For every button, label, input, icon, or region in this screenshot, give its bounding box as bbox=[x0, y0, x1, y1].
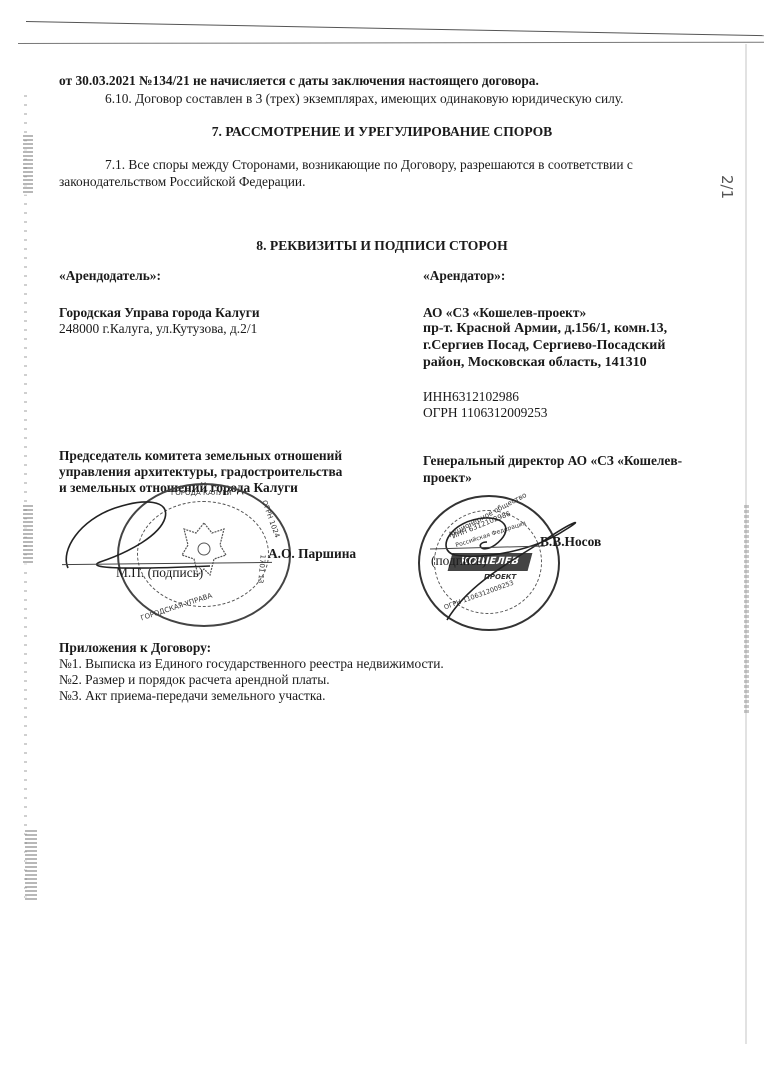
scan-edge-line bbox=[26, 21, 764, 36]
tenant-position-line: проект» bbox=[423, 470, 472, 486]
bleed-through-text bbox=[744, 505, 749, 715]
continuation-line: от 30.03.2021 №134/21 не начисляется с д… bbox=[59, 73, 539, 89]
seal-text: 1701 13 bbox=[256, 554, 266, 584]
landlord-position-line: Председатель комитета земельных отношени… bbox=[59, 448, 342, 464]
landlord-label: «Арендодатель»: bbox=[59, 268, 161, 284]
clause-7-1-line1: 7.1. Все споры между Сторонами, возникаю… bbox=[105, 157, 633, 173]
clause-7-1-line2: законодательством Российской Федерации. bbox=[59, 174, 305, 190]
scan-edge-line bbox=[18, 42, 764, 44]
landlord-address: 248000 г.Калуга, ул.Кутузова, д.2/1 bbox=[59, 321, 257, 337]
section-8-title: 8. РЕКВИЗИТЫ И ПОДПИСИ СТОРОН bbox=[0, 238, 764, 254]
appendix-item: №2. Размер и порядок расчета арендной пл… bbox=[59, 672, 330, 688]
tenant-signatory: В.В.Носов bbox=[540, 534, 601, 550]
clause-6-10: 6.10. Договор составлен в 3 (трех) экзем… bbox=[105, 91, 624, 107]
scan-artifact bbox=[23, 505, 33, 565]
scan-artifact bbox=[23, 135, 33, 195]
section-7-title: 7. РАССМОТРЕНИЕ И УРЕГУЛИРОВАНИЕ СПОРОВ bbox=[0, 124, 764, 140]
tenant-inn: ИНН6312102986 bbox=[423, 389, 519, 405]
tenant-label: «Арендатор»: bbox=[423, 268, 505, 284]
landlord-signatory: А.О. Паршина bbox=[268, 546, 356, 562]
appendix-item: №3. Акт приема-передачи земельного участ… bbox=[59, 688, 325, 704]
appendix-item: №1. Выписка из Единого государственного … bbox=[59, 656, 444, 672]
scan-edge-left bbox=[24, 95, 27, 905]
tenant-address-line: район, Московская область, 141310 bbox=[423, 355, 647, 371]
tenant-name: АО «СЗ «Кошелев-проект» bbox=[423, 305, 586, 321]
tenant-ogrn: ОГРН 1106312009253 bbox=[423, 405, 547, 421]
appendices-title: Приложения к Договору: bbox=[59, 640, 211, 656]
tenant-position-line: Генеральный директор АО «СЗ «Кошелев- bbox=[423, 453, 682, 469]
landlord-position-line: управления архитектуры, градостроительст… bbox=[59, 464, 342, 480]
landlord-signature-caption: М.П. (подпись) bbox=[116, 565, 203, 581]
landlord-name: Городская Управа города Калуги bbox=[59, 305, 260, 321]
scan-artifact bbox=[25, 830, 37, 900]
handwritten-page-mark: 2/1 bbox=[718, 175, 736, 199]
tenant-signature-caption: (подпись) bbox=[431, 553, 487, 569]
tenant-address-line: пр-т. Красной Армии, д.156/1, комн.13, bbox=[423, 321, 667, 337]
tenant-address-line: г.Сергиев Посад, Сергиево-Посадский bbox=[423, 338, 665, 354]
